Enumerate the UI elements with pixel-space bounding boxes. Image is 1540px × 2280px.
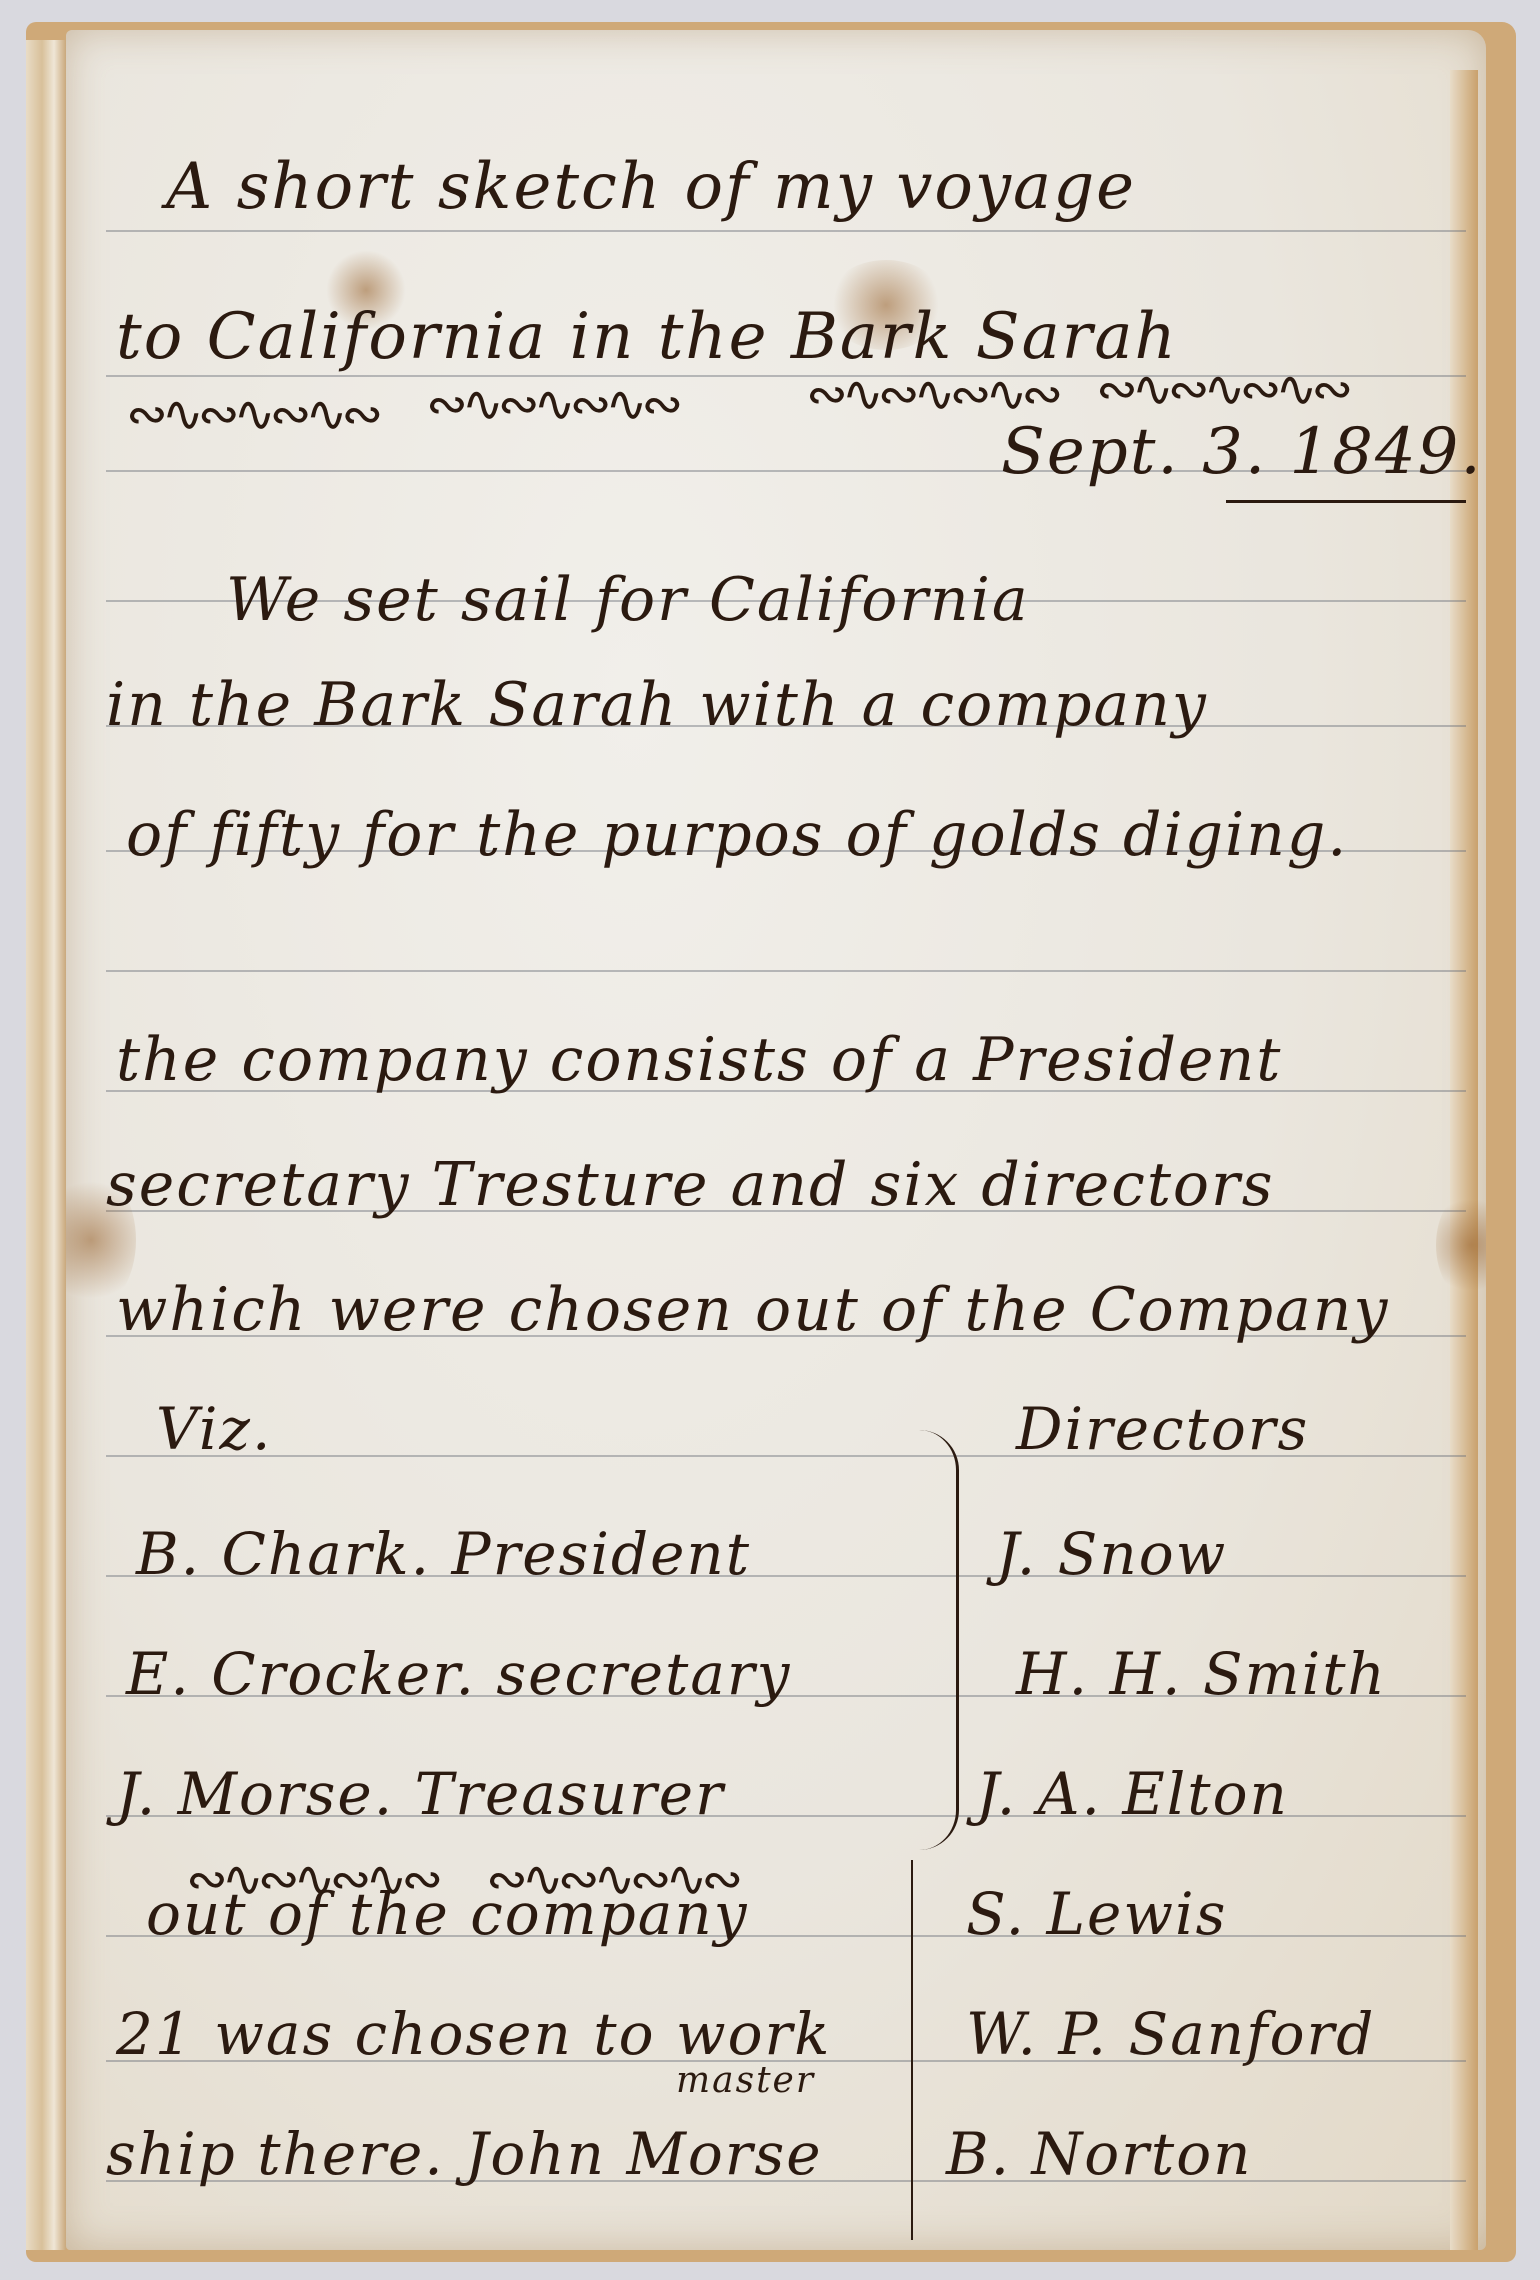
body-line: secretary Tresture and six directors — [106, 1150, 1275, 1220]
ruled-line — [106, 970, 1466, 972]
ink-stain — [1436, 1190, 1486, 1300]
journal-page: A short sketch of my voyage to Californi… — [66, 30, 1486, 2250]
director-entry: S. Lewis — [966, 1880, 1227, 1948]
body-line: in the Bark Sarah with a company — [106, 670, 1208, 740]
title-line-1: A short sketch of my voyage — [166, 150, 1136, 224]
director-entry: H. H. Smith — [1016, 1640, 1387, 1708]
officers-heading: Viz. — [156, 1395, 272, 1463]
title-flourish: ∾∿∾∿∾∿∾ — [1096, 360, 1347, 418]
officer-entry: E. Crocker. secretary — [126, 1640, 791, 1708]
director-entry: J. A. Elton — [976, 1760, 1289, 1828]
body-line: We set sail for California — [226, 565, 1030, 635]
director-entry: B. Norton — [946, 2120, 1252, 2188]
title-flourish: ∾∿∾∿∾∿∾ — [426, 375, 677, 433]
entry-date: Sept. 3. 1849. — [1001, 415, 1483, 489]
title-flourish: ∾∿∾∿∾∿∾ — [126, 385, 377, 443]
title-line-2: to California in the Bark Sarah — [116, 300, 1178, 374]
insertion-master: master — [676, 2060, 815, 2101]
body-line: of fifty for the purpos of golds diging. — [126, 800, 1348, 870]
date-underline — [1226, 500, 1466, 503]
closing-line: out of the company — [146, 1880, 749, 1948]
director-entry: J. Snow — [996, 1520, 1227, 1588]
ruled-line — [106, 230, 1466, 232]
director-entry: W. P. Sanford — [966, 2000, 1375, 2068]
notebook-spine — [26, 40, 66, 2250]
closing-line: 21 was chosen to work — [116, 2000, 831, 2068]
vertical-divider — [911, 1860, 913, 2240]
officer-entry: J. Morse. Treasurer — [116, 1760, 725, 1828]
page-edge — [1450, 70, 1478, 2250]
directors-heading: Directors — [1016, 1395, 1309, 1463]
bracket — [896, 1430, 959, 1850]
body-line: which were chosen out of the Company — [116, 1275, 1389, 1345]
closing-line: ship there. John Morse — [106, 2120, 823, 2188]
body-line: the company consists of a President — [116, 1025, 1282, 1095]
officer-entry: B. Chark. President — [136, 1520, 751, 1588]
